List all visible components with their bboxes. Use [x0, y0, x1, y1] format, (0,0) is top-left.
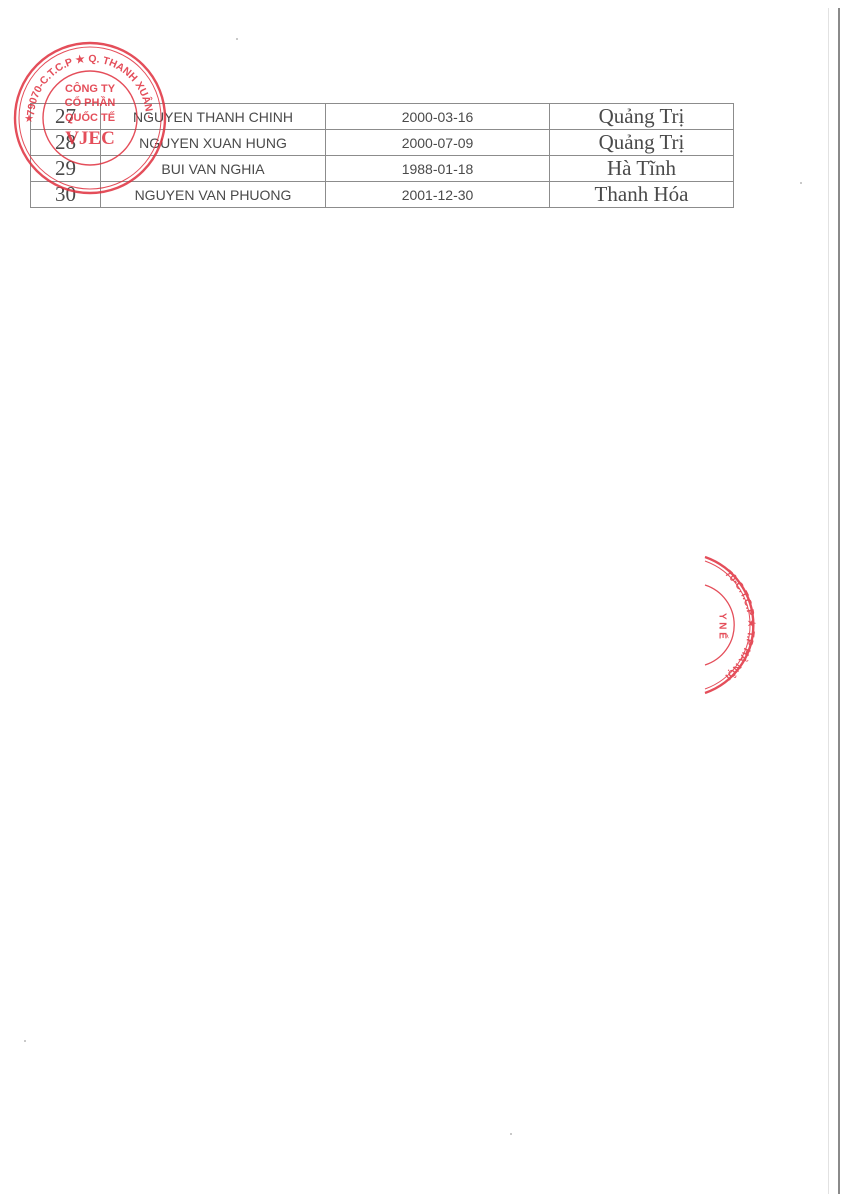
table-row: 29 BUI VAN NGHIA 1988-01-18 Hà Tĩnh: [31, 156, 734, 182]
full-name: NGUYEN THANH CHINH: [101, 104, 326, 130]
province: Quảng Trị: [550, 104, 734, 130]
table-row: 30 NGUYEN VAN PHUONG 2001-12-30 Thanh Hó…: [31, 182, 734, 208]
page-edge-line: [838, 8, 840, 1194]
partial-seal-inner-text: Y N Ế: [717, 613, 730, 639]
scan-speck: [236, 38, 238, 40]
date-of-birth: 2000-03-16: [326, 104, 550, 130]
scan-speck: [800, 182, 802, 184]
province: Hà Tĩnh: [550, 156, 734, 182]
table-row: 27 NGUYEN THANH CHINH 2000-03-16 Quảng T…: [31, 104, 734, 130]
date-of-birth: 1988-01-18: [326, 156, 550, 182]
seal-line-1: CÔNG TY: [65, 82, 116, 95]
row-number: 30: [31, 182, 101, 208]
page-edge-line: [828, 8, 829, 1194]
partial-seal-outer-text: 70-C.T.C.P ★ T.P HÀ NỘI: [723, 568, 757, 682]
date-of-birth: 2001-12-30: [326, 182, 550, 208]
scan-speck: [24, 1040, 26, 1042]
row-number: 28: [31, 130, 101, 156]
province: Thanh Hóa: [550, 182, 734, 208]
province: Quảng Trị: [550, 130, 734, 156]
full-name: NGUYEN VAN PHUONG: [101, 182, 326, 208]
full-name: NGUYEN XUAN HUNG: [101, 130, 326, 156]
row-number: 29: [31, 156, 101, 182]
full-name: BUI VAN NGHIA: [101, 156, 326, 182]
table-row: 28 NGUYEN XUAN HUNG 2000-07-09 Quảng Trị: [31, 130, 734, 156]
svg-text:70-C.T.C.P ★ T.P HÀ NỘI: 70-C.T.C.P ★ T.P HÀ NỘI: [723, 568, 757, 682]
row-number: 27: [31, 104, 101, 130]
partial-seal-stamp: 70-C.T.C.P ★ T.P HÀ NỘI Y N Ế: [700, 555, 780, 695]
scan-speck: [510, 1133, 512, 1135]
date-of-birth: 2000-07-09: [326, 130, 550, 156]
worker-table: 27 NGUYEN THANH CHINH 2000-03-16 Quảng T…: [30, 103, 734, 208]
